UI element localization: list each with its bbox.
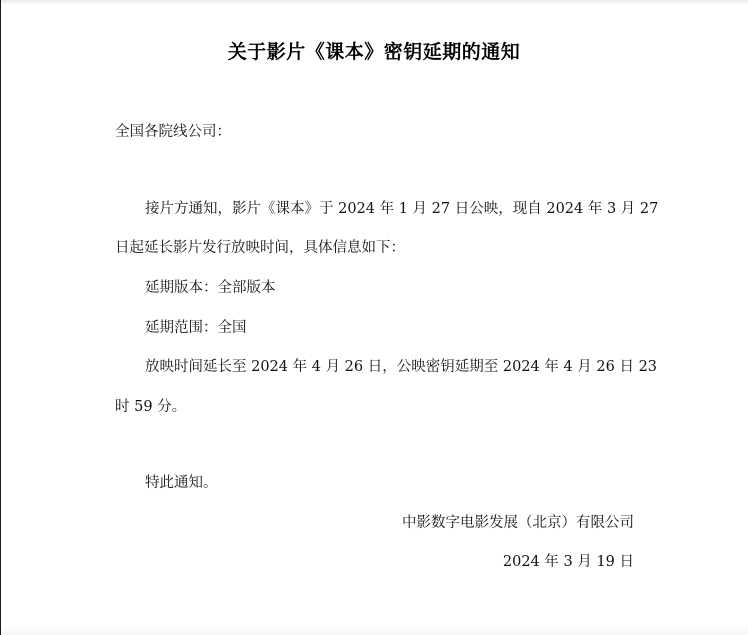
page-bottom-shadow (1, 625, 748, 635)
signer-organization: 中影数字电影发展（北京）有限公司 (402, 511, 634, 532)
page-top-shadow (1, 0, 748, 5)
closing-remark: 特此通知。 (145, 471, 218, 492)
paragraph-notice-line-1: 接片方通知，影片《课本》于 2024 年 1 月 27 日公映，现自 2024 … (145, 197, 658, 218)
paragraph-extension-time-line-1: 放映时间延长至 2024 年 4 月 26 日，公映密钥延期至 2024 年 4… (145, 355, 657, 376)
page-left-border (0, 0, 1, 635)
document-date: 2024 年 3 月 19 日 (503, 550, 634, 571)
paragraph-notice-line-2: 日起延长影片发行放映时间，具体信息如下： (115, 236, 405, 257)
greeting-salutation: 全国各院线公司： (115, 120, 231, 141)
paragraph-extension-scope: 延期范围：全国 (145, 316, 247, 337)
paragraph-extension-time-line-2: 时 59 分。 (115, 395, 186, 416)
paragraph-extension-version: 延期版本：全部版本 (145, 276, 276, 297)
document-page: 关于影片《课本》密钥延期的通知 全国各院线公司： 接片方通知，影片《课本》于 2… (0, 0, 748, 635)
document-title: 关于影片《课本》密钥延期的通知 (0, 37, 748, 64)
